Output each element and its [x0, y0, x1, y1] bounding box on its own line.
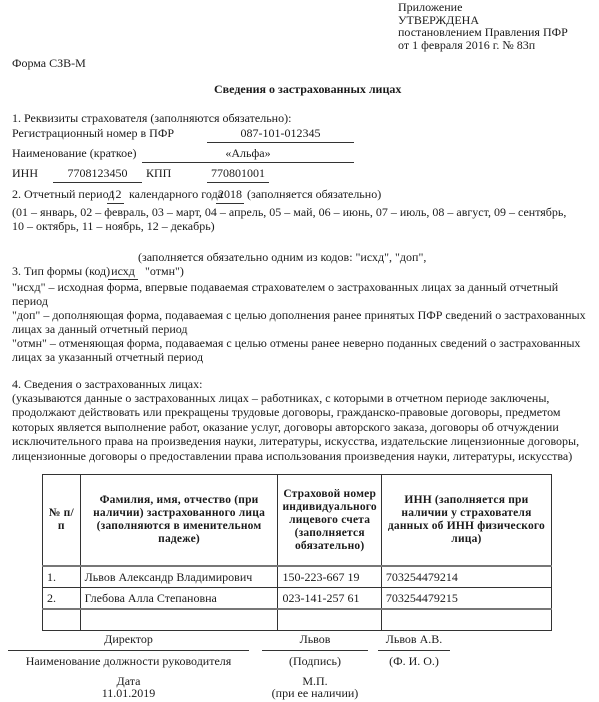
cell-snils[interactable]: 023-141-257 61 [278, 588, 381, 610]
kpp-underline [207, 182, 269, 183]
cell-inn[interactable]: 703254479215 [381, 588, 551, 610]
form-type-note-line2: "отмн") [145, 264, 184, 278]
form-name: Форма СЗВ-М [12, 56, 86, 70]
stamp-note: (при ее наличии) [262, 686, 368, 700]
header-number: № п/п [43, 475, 81, 567]
form-type-desc-dop: "доп" – дополняющая форма, подаваемая с … [12, 308, 587, 336]
cell-inn[interactable] [381, 609, 551, 631]
short-name-underline [142, 162, 354, 163]
insured-persons-table: № п/п Фамилия, имя, отчество (при наличи… [42, 474, 552, 631]
short-name-value[interactable]: «Альфа» [142, 146, 354, 160]
reg-number-label: Регистрационный номер в ПФР [12, 126, 174, 140]
approval-line-resolution: постановлением Правления ПФР [398, 26, 568, 39]
months-list-line2: 10 – октябрь, 11 – ноябрь, 12 – декабрь) [12, 219, 215, 233]
cell-number: 1. [43, 566, 81, 588]
section4-heading: 4. Сведения о застрахованных лицах: [12, 377, 202, 391]
form-type-code[interactable]: исхд [108, 264, 138, 278]
period-underline [107, 203, 124, 204]
form-type-label: 3. Тип формы (код) [12, 264, 110, 278]
signature-value[interactable]: Львов [262, 632, 368, 646]
form-type-note-line1: (заполняется обязательно одним из кодов:… [138, 250, 426, 264]
period-label: 2. Отчетный период [12, 187, 114, 201]
year-value[interactable]: 2018 [216, 187, 244, 201]
table-row: 1. Львов Александр Владимирович 150-223-… [43, 566, 552, 588]
reg-number-underline [207, 142, 354, 143]
calendar-year-label: календарного года [129, 187, 223, 201]
form-type-desc-ishd: "исхд" – исходная форма, впервые подавае… [12, 280, 587, 308]
kpp-value[interactable]: 770801001 [207, 166, 269, 180]
header-snils: Страховой номер индивидуального лицевого… [278, 475, 381, 567]
position-underline [8, 650, 249, 651]
date-value[interactable]: 11.01.2019 [8, 686, 249, 700]
table-row-empty [43, 609, 552, 631]
inn-underline [53, 182, 142, 183]
fio-caption: (Ф. И. О.) [378, 654, 450, 668]
months-list-line1: (01 – январь, 02 – февраль, 03 – март, 0… [12, 205, 566, 219]
reg-number-value[interactable]: 087-101-012345 [207, 126, 354, 140]
kpp-label: КПП [146, 166, 171, 180]
cell-snils[interactable]: 150-223-667 19 [278, 566, 381, 588]
cell-number: 2. [43, 588, 81, 610]
inn-value[interactable]: 7708123450 [53, 166, 142, 180]
period-value[interactable]: 12 [107, 187, 124, 201]
cell-inn[interactable]: 703254479214 [381, 566, 551, 588]
inn-label: ИНН [12, 166, 38, 180]
document-title: Сведения о застрахованных лицах [214, 82, 401, 96]
period-required-note: (заполняется обязательно) [247, 187, 381, 201]
year-underline [216, 203, 244, 204]
section4-description: (указываются данные о застрахованных лиц… [12, 391, 594, 463]
cell-number [43, 609, 81, 631]
signature-underline [262, 650, 368, 651]
cell-full-name[interactable] [80, 609, 278, 631]
cell-full-name[interactable]: Львов Александр Владимирович [80, 566, 278, 588]
header-inn: ИНН (заполняется при наличии у страховат… [381, 475, 551, 567]
table-row: 2. Глебова Алла Степановна 023-141-257 6… [43, 588, 552, 610]
header-full-name: Фамилия, имя, отчество (при наличии) зас… [80, 475, 278, 567]
cell-snils[interactable] [278, 609, 381, 631]
approval-line-appendix: Приложение [398, 1, 568, 14]
approval-line-date: от 1 февраля 2016 г. № 83п [398, 39, 568, 52]
approval-block: Приложение УТВЕРЖДЕНА постановлением Пра… [398, 1, 568, 51]
signature-caption: (Подпись) [262, 654, 368, 668]
cell-full-name[interactable]: Глебова Алла Степановна [80, 588, 278, 610]
form-type-desc-otmn: "отмн" – отменяющая форма, подаваемая с … [12, 336, 590, 364]
fio-value[interactable]: Львов А.В. [378, 632, 450, 646]
position-caption: Наименование должности руководителя [8, 654, 249, 668]
short-name-label: Наименование (краткое) [12, 146, 137, 160]
fio-underline [378, 650, 450, 651]
table-header-row: № п/п Фамилия, имя, отчество (при наличи… [43, 475, 552, 567]
section1-heading: 1. Реквизиты страхователя (заполняются о… [12, 111, 291, 125]
position-value[interactable]: Директор [8, 632, 249, 646]
